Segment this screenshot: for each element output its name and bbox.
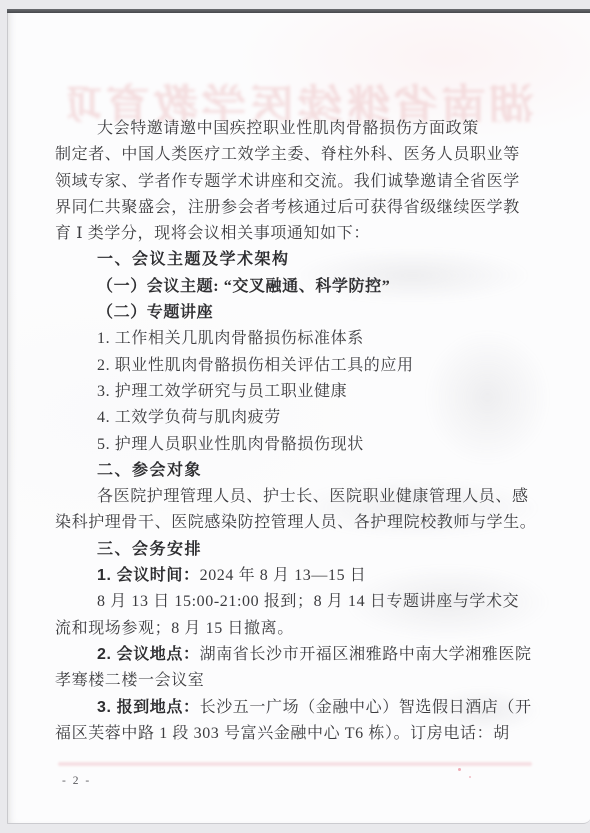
meeting-place-line: 2. 会议地点：湖南省长沙市开福区湘雅路中南大学湘雅医院: [55, 642, 533, 668]
schedule-line: 流和现场参观；8 月 15 日撤离。: [55, 616, 533, 642]
meeting-place-label: 2. 会议地点：: [97, 646, 200, 663]
subsection-lectures: （二）专题讲座: [55, 300, 533, 326]
section-heading-1: 一、会议主题及学术架构: [55, 247, 533, 273]
attendees-line: 染科护理骨干、医院感染防控管理人员、各护理院校教师与学生。: [55, 510, 533, 536]
page-number: - 2 -: [62, 775, 91, 787]
attendees-line: 各医院护理管理人员、护士长、医院职业健康管理人员、感: [55, 484, 533, 510]
lecture-item: 3. 护理工效学研究与员工职业健康: [55, 379, 533, 405]
bleedthrough-title: 湖南省继续医学教育项目: [68, 70, 534, 122]
schedule-line: 8 月 13 日 15:00-21:00 报到；8 月 14 日专题讲座与学术交: [55, 589, 533, 615]
lecture-item: 4. 工效学负荷与肌肉疲劳: [55, 405, 533, 431]
lecture-item: 1. 工作相关几肌肉骨骼损伤标准体系: [55, 326, 533, 352]
section-heading-3: 三、会务安排: [55, 537, 533, 563]
bleedthrough-red-rule: [58, 762, 532, 766]
subsection-theme: （一）会议主题: “交叉融通、科学防控”: [55, 274, 533, 300]
meeting-time-label: 1. 会议时间：: [97, 567, 200, 584]
meeting-time-line: 1. 会议时间：2024 年 8 月 13—15 日: [55, 563, 533, 589]
paper-top-edge: [7, 9, 590, 13]
intro-line: 育 Ⅰ 类学分，现将会议相关事项通知如下：: [55, 221, 533, 247]
intro-line: 制定者、中国人类医疗工效学主委、脊柱外科、医务人员职业等: [55, 142, 533, 168]
checkin-place-line: 3. 报到地点：长沙五一广场（金融中心）智选假日酒店（开: [55, 695, 533, 721]
lecture-item: 5. 护理人员职业性肌肉骨骼损伤现状: [55, 432, 533, 458]
meeting-time-value: 2024 年 8 月 13—15 日: [200, 567, 367, 584]
section-heading-2: 二、参会对象: [55, 458, 533, 484]
checkin-place-line: 福区芙蓉中路 1 段 303 号富兴金融中心 T6 栋）。订房电话：胡: [55, 721, 533, 747]
intro-line: 大会特邀请邀中国疾控职业性肌肉骨骼损伤方面政策: [55, 116, 533, 142]
meeting-place-value: 湖南省长沙市开福区湘雅路中南大学湘雅医院: [200, 646, 532, 663]
intro-line: 界同仁共聚盛会，注册参会者考核通过后可获得省级继续医学教: [55, 195, 533, 221]
ink-speck: [458, 768, 461, 771]
ink-speck: [469, 776, 471, 778]
document-body: 大会特邀请邀中国疾控职业性肌肉骨骼损伤方面政策 制定者、中国人类医疗工效学主委、…: [55, 116, 533, 747]
lecture-item: 2. 职业性肌肉骨骼损伤相关评估工具的应用: [55, 353, 533, 379]
meeting-place-line: 孝骞楼二楼一会议室: [55, 668, 533, 694]
checkin-place-label: 3. 报到地点：: [97, 699, 200, 716]
intro-line: 领域专家、学者作专题学术讲座和交流。我们诚挚邀请全省医学: [55, 169, 533, 195]
checkin-place-value: 长沙五一广场（金融中心）智选假日酒店（开: [200, 699, 532, 716]
